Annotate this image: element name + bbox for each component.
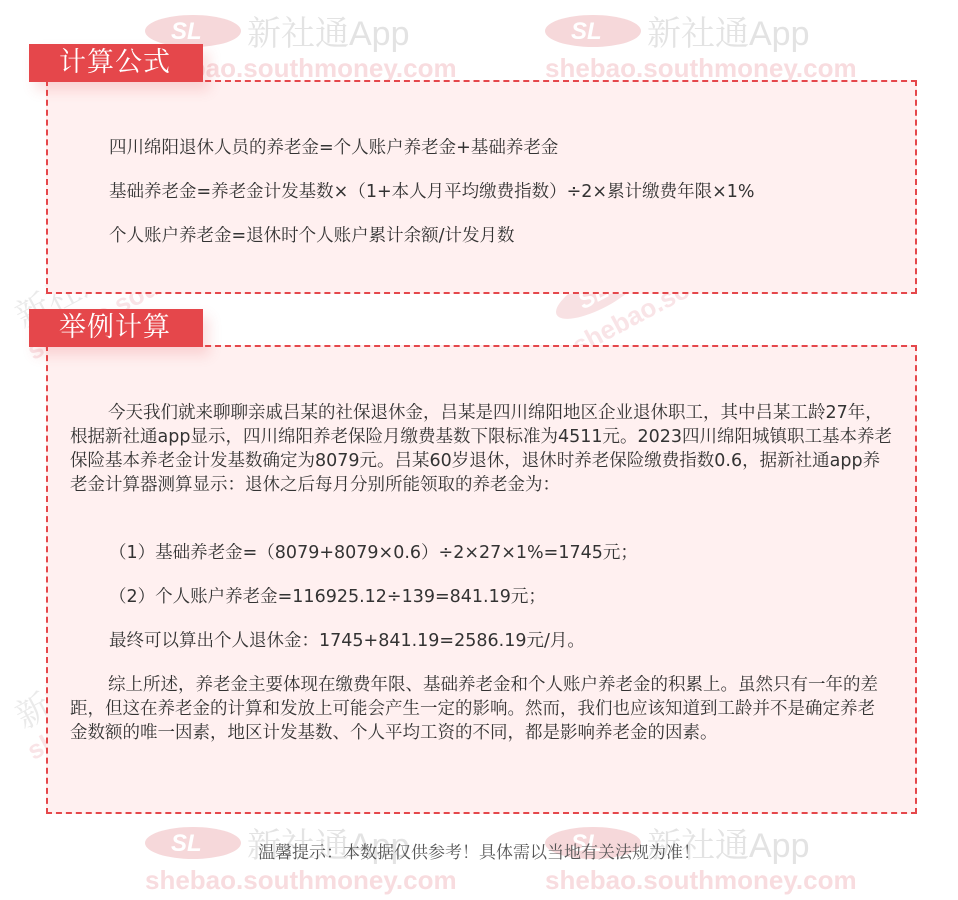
- section-title-formula: 计算公式: [29, 44, 203, 82]
- brand-logo-icon: [545, 15, 641, 47]
- formula-total: 四川绵阳退休人员的养老金=个人账户养老金+基础养老金: [109, 136, 558, 160]
- formula-personal-account: 个人账户养老金=退休时个人账户累计余额/计发月数: [109, 224, 515, 248]
- example-intro: 今天我们就来聊聊亲戚吕某的社保退休金，吕某是四川绵阳地区企业退休职工，其中吕某工…: [70, 401, 892, 497]
- formula-basic-pension: 基础养老金=养老金计发基数×（1+本人月平均缴费指数）÷2×累计缴费年限×1%: [109, 180, 755, 204]
- example-step-2: （2）个人账户养老金=116925.12÷139=841.19元；: [109, 585, 546, 609]
- footer-disclaimer: 温馨提示：本数据仅供参考！具体需以当地有关法规为准！: [0, 838, 958, 863]
- section-title-example: 举例计算: [29, 309, 203, 347]
- example-box: 今天我们就来聊聊亲戚吕某的社保退休金，吕某是四川绵阳地区企业退休职工，其中吕某工…: [46, 345, 917, 814]
- formula-box: 四川绵阳退休人员的养老金=个人账户养老金+基础养老金 基础养老金=养老金计发基数…: [46, 80, 917, 294]
- example-summary: 综上所述，养老金主要体现在缴费年限、基础养老金和个人账户养老金的积累上。虽然只有…: [70, 673, 892, 745]
- watermark-top-right: 新社通App shebao.southmoney.com: [545, 6, 857, 84]
- example-step-1: （1）基础养老金=（8079+8079×0.6）÷2×27×1%=1745元；: [109, 541, 638, 565]
- brand-logo-icon: [145, 15, 241, 47]
- example-result: 最终可以算出个人退休金：1745+841.19=2586.19元/月。: [109, 629, 585, 653]
